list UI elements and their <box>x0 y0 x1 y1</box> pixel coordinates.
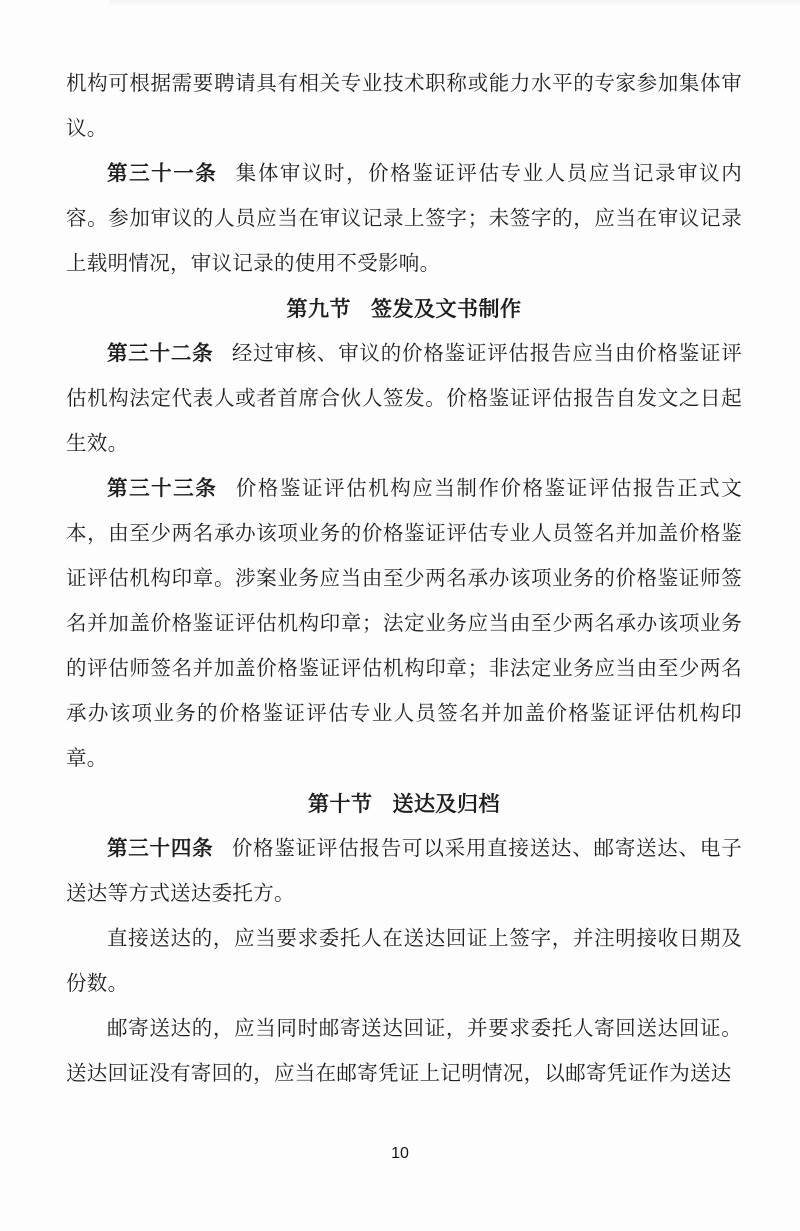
continuation-paragraph: 机构可根据需要聘请具有相关专业技术职称或能力水平的专家参加集体审议。 <box>66 62 742 152</box>
article-33-paragraph: 第三十三条价格鉴证评估机构应当制作价格鉴证评估报告正式文本，由至少两名承办该项业… <box>66 467 742 782</box>
article-32-paragraph: 第三十二条经过审核、审议的价格鉴证评估报告应当由价格鉴证评估机构法定代表人或者首… <box>66 332 742 467</box>
article-31-paragraph: 第三十一条集体审议时，价格鉴证评估专业人员应当记录审议内容。参加审议的人员应当在… <box>66 152 742 287</box>
page-content: 机构可根据需要聘请具有相关专业技术职称或能力水平的专家参加集体审议。 第三十一条… <box>66 62 742 1097</box>
article-32-number: 第三十二条 <box>107 343 213 365</box>
delivery-in-person-paragraph: 直接送达的，应当要求委托人在送达回证上签字，并注明接收日期及份数。 <box>66 917 742 1007</box>
section-9-title: 签发及文书制作 <box>371 297 522 321</box>
section-10-title: 送达及归档 <box>392 792 500 816</box>
article-31-number: 第三十一条 <box>107 163 217 185</box>
section-9-number: 第九节 <box>287 297 352 321</box>
article-33-text: 价格鉴证评估机构应当制作价格鉴证评估报告正式文本，由至少两名承办该项业务的价格鉴… <box>66 478 742 770</box>
scanned-document-page: 机构可根据需要聘请具有相关专业技术职称或能力水平的专家参加集体审议。 第三十一条… <box>0 0 800 1231</box>
section-9-heading: 第九节签发及文书制作 <box>66 287 742 332</box>
page-number: 10 <box>0 1145 800 1163</box>
section-10-heading: 第十节送达及归档 <box>66 782 742 827</box>
article-34-paragraph: 第三十四条价格鉴证评估报告可以采用直接送达、邮寄送达、电子送达等方式送达委托方。 <box>66 827 742 917</box>
section-10-number: 第十节 <box>308 792 373 816</box>
article-33-number: 第三十三条 <box>107 478 217 500</box>
article-34-number: 第三十四条 <box>107 838 213 860</box>
delivery-by-mail-paragraph: 邮寄送达的，应当同时邮寄送达回证，并要求委托人寄回送达回证。送达回证没有寄回的，… <box>66 1007 742 1097</box>
scan-edge-artifact <box>110 0 800 7</box>
